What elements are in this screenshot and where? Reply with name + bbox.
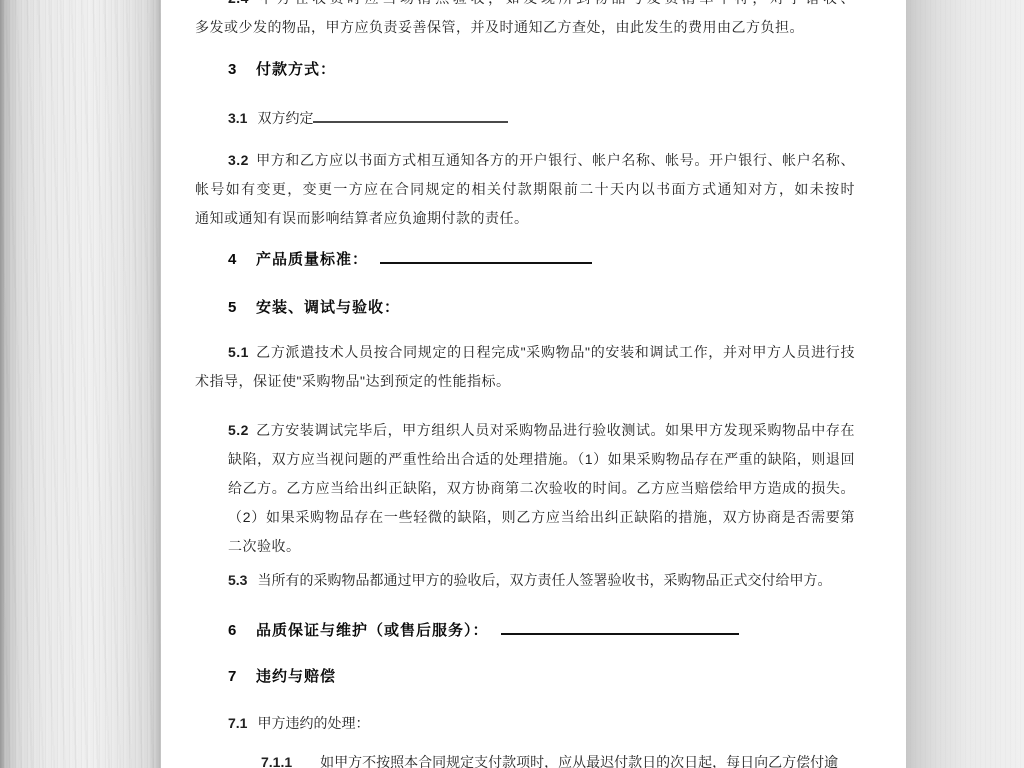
clause-7-1-1: 7.1.1如甲方不按照本合同规定支付款项时，应从最迟付款日的次日起，每日向乙方偿…: [261, 752, 881, 768]
heading-title: 安装、调试与验收：: [256, 299, 400, 316]
heading-title: 品质保证与维护（或售后服务）：: [256, 622, 489, 639]
clause-2-4: 2.4甲方在收货时应当场清点验收，如发现所到物品与发货清单不符，对于错收、 多发…: [195, 0, 855, 42]
clause-5-2-line-1: 5.2乙方安装调试完毕后，甲方组织人员对采购物品进行验收测试。如果甲方发现采购物…: [228, 416, 855, 445]
clause-5-1: 5.1乙方派遣技术人员按合同规定的日程完成"采购物品"的安装和调试工作，并对甲方…: [195, 338, 855, 396]
heading-number: 3: [228, 60, 256, 80]
clause-number: 5.3: [228, 572, 247, 588]
clause-5-2: 5.2乙方安装调试完毕后，甲方组织人员对采购物品进行验收测试。如果甲方发现采购物…: [228, 416, 855, 561]
heading-installation-acceptance: 5安装、调试与验收：: [228, 298, 888, 318]
clause-2-4-line-1: 2.4甲方在收货时应当场清点验收，如发现所到物品与发货清单不符，对于错收、: [195, 0, 855, 13]
clause-number: 7.1.1: [261, 754, 292, 768]
clause-3-2-line-1: 3.2甲方和乙方应以书面方式相互通知各方的开户银行、帐户名称、帐号。开户银行、帐…: [195, 146, 855, 175]
clause-number: 3.2: [228, 152, 249, 168]
clause-5-2-line-3: 给乙方。乙方应当给出纠正缺陷，双方协商第二次验收的时间。乙方应当赔偿给甲方造成的…: [228, 474, 855, 503]
clause-number: 3.1: [228, 110, 247, 126]
right-gutter-backdrop: [906, 0, 1024, 768]
fill-in-blank-line: [380, 250, 592, 264]
clause-3-1: 3.1双方约定: [228, 108, 888, 128]
clause-3-1-label: 双方约定: [257, 110, 313, 126]
clause-number: 5.1: [228, 344, 249, 360]
heading-title: 付款方式：: [256, 61, 336, 78]
clause-2-4-line-2: 多发或少发的物品，甲方应负责妥善保管，并及时通知乙方查处，由此发生的费用由乙方负…: [195, 13, 855, 42]
clause-7-1-1-text: 如甲方不按照本合同规定支付款项时，应从最迟付款日的次日起，每日向乙方偿付逾: [320, 754, 838, 768]
heading-title: 违约与赔偿: [256, 668, 336, 685]
clause-number: 7.1: [228, 715, 247, 731]
fill-in-blank-line: [501, 621, 739, 635]
clause-3-2-line-3: 通知或通知有误而影响结算者应负逾期付款的责任。: [195, 204, 855, 233]
clause-5-1-line-2: 术指导，保证使"采购物品"达到预定的性能指标。: [195, 367, 855, 396]
heading-breach-compensation: 7违约与赔偿: [228, 667, 888, 687]
clause-5-3-text: 当所有的采购物品都通过甲方的验收后，双方责任人签署验收书，采购物品正式交付给甲方…: [257, 572, 831, 588]
heading-payment-method: 3付款方式：: [228, 60, 888, 80]
clause-3-2: 3.2甲方和乙方应以书面方式相互通知各方的开户银行、帐户名称、帐号。开户银行、帐…: [195, 146, 855, 233]
clause-7-1-label: 甲方违约的处理：: [257, 715, 369, 731]
document-page: 2.4甲方在收货时应当场清点验收，如发现所到物品与发货清单不符，对于错收、 多发…: [161, 0, 906, 768]
clause-5-2-line-2: 缺陷，双方应当视问题的严重性给出合适的处理措施。（1）如果采购物品存在严重的缺陷…: [228, 445, 855, 474]
heading-number: 4: [228, 250, 256, 270]
left-gutter-backdrop: [0, 0, 161, 768]
clause-number: 2.4: [228, 0, 249, 6]
heading-number: 6: [228, 621, 256, 641]
heading-number: 7: [228, 667, 256, 687]
clause-3-2-line-2: 帐号如有变更，变更一方应在合同规定的相关付款期限前二十天内以书面方式通知对方，如…: [195, 175, 855, 204]
fill-in-blank-line: [313, 109, 508, 123]
clause-5-3: 5.3当所有的采购物品都通过甲方的验收后，双方责任人签署验收书，采购物品正式交付…: [228, 570, 888, 590]
clause-7-1: 7.1甲方违约的处理：: [228, 713, 888, 733]
heading-product-quality-standard: 4产品质量标准：: [228, 250, 888, 270]
clause-5-2-line-5: 二次验收。: [228, 532, 855, 561]
clause-5-2-line-4: （2）如果采购物品存在一些轻微的缺陷，则乙方应当给出纠正缺陷的措施，双方协商是否…: [228, 503, 855, 532]
heading-quality-guarantee: 6品质保证与维护（或售后服务）：: [228, 621, 888, 641]
clause-5-1-line-1: 5.1乙方派遣技术人员按合同规定的日程完成"采购物品"的安装和调试工作，并对甲方…: [195, 338, 855, 367]
heading-number: 5: [228, 298, 256, 318]
heading-title: 产品质量标准：: [256, 251, 368, 268]
clause-number: 5.2: [228, 422, 249, 438]
